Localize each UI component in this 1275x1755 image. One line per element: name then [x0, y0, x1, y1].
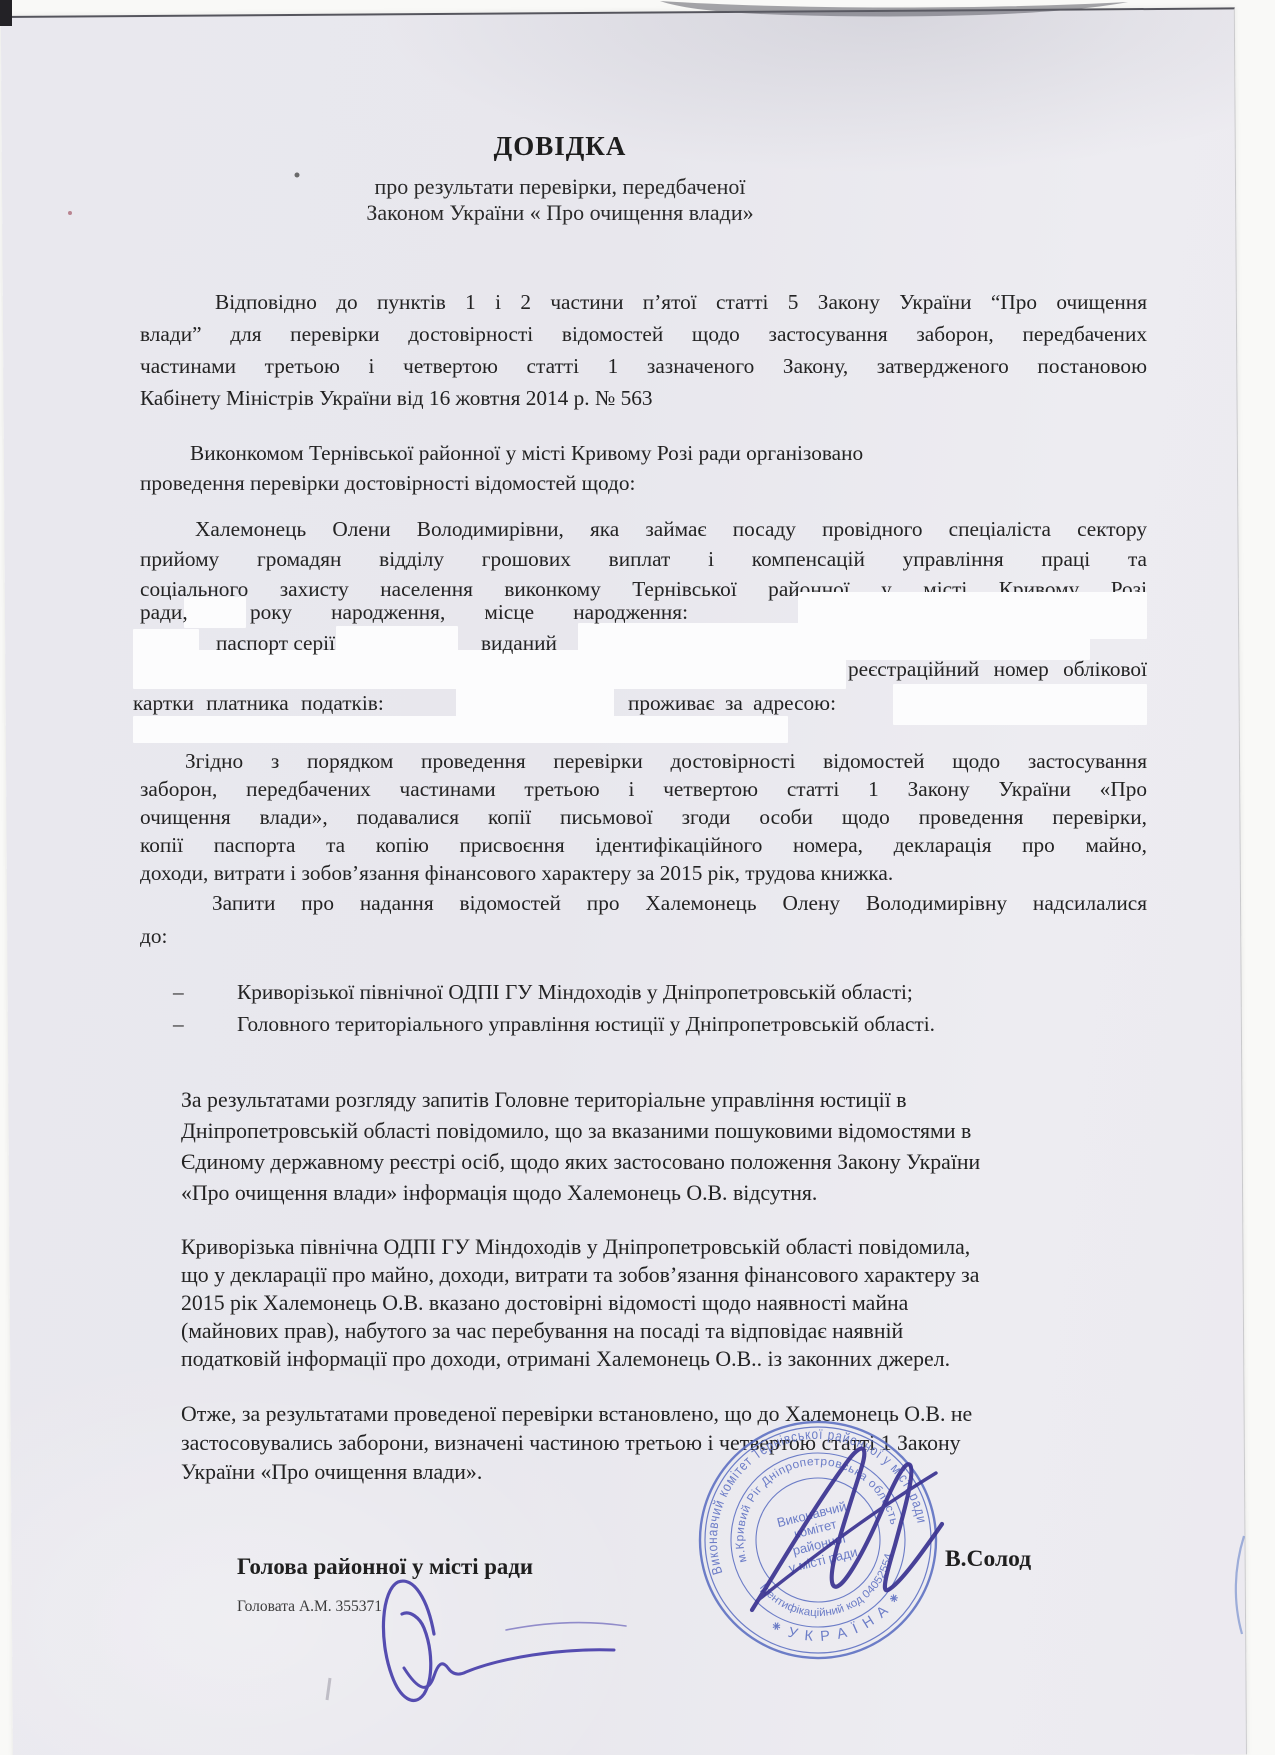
text-line: копії паспорта та копію присвоєння ідент…: [140, 831, 1147, 859]
list-item-text: Криворізької північної ОДПІ ГУ Міндоході…: [237, 980, 913, 1012]
redaction-birth-year: [184, 597, 246, 628]
list-item: – Криворізької північної ОДПІ ГУ Міндохо…: [173, 980, 935, 1012]
request-recipients-list: – Криворізької північної ОДПІ ГУ Міндохо…: [173, 980, 935, 1044]
text-line: прийому громадян відділу грошових виплат…: [140, 544, 1147, 574]
text-line: Халемонець Олени Володимирівни, яка займ…: [140, 514, 1147, 544]
dash-bullet-icon: –: [173, 980, 237, 1012]
reference-note: Головата А.М. 355371: [237, 1598, 382, 1616]
text-line: доходи, витрати і зобов’язання фінансово…: [140, 859, 1147, 887]
text-line: частинами третьою і четвертою статті 1 з…: [140, 350, 1147, 382]
birth-labels-text: року народження, місце народження:: [250, 600, 688, 625]
text-line: Отже, за результатами проведеної перевір…: [181, 1400, 1147, 1429]
text-line: очищення влади», подавалися копії письмо…: [140, 803, 1147, 831]
text-line: 2015 рік Халемонець О.В. вказано достові…: [181, 1289, 1147, 1317]
signer-name: В.Солод: [945, 1546, 1031, 1573]
paragraph-requests-intro: Запити про надання відомостей про Халемо…: [140, 887, 1147, 953]
document-subtitle-2: Законом України « Про очищення влади»: [140, 200, 980, 226]
paragraph-justice-result: За результатами розгляду запитів Головне…: [181, 1085, 1147, 1209]
text-line: Відповідно до пунктів 1 і 2 частини п’ят…: [140, 286, 1147, 318]
paragraph-organizer: Виконкомом Тернівської районної у місті …: [140, 438, 1147, 498]
registration-number-label: реєстраційний номер облікової: [848, 657, 1147, 682]
address-label: проживає за адресою:: [628, 691, 836, 716]
list-item-text: Головного територіального управління юст…: [237, 1012, 935, 1044]
text-line: Запити про надання відомостей про Халемо…: [140, 887, 1147, 920]
text-line: України «Про очищення влади».: [181, 1458, 1147, 1487]
list-item: – Головного територіального управління ю…: [173, 1012, 935, 1044]
document-subtitle-1: про результати перевірки, передбаченої: [140, 174, 980, 200]
rada-prefix-text: ради,: [140, 600, 188, 625]
tax-card-label: картки платника податків:: [133, 691, 384, 716]
text-line: застосовувались заборони, визначені част…: [181, 1429, 1147, 1458]
text-line: За результатами розгляду запитів Головне…: [181, 1085, 1147, 1116]
text-line: до:: [140, 920, 1147, 953]
paragraph-tax-result: Криворізька північна ОДПІ ГУ Міндоходів …: [181, 1233, 1147, 1373]
paragraph-subject-person: Халемонець Олени Володимирівни, яка займ…: [140, 514, 1147, 604]
redaction-address: [893, 684, 1147, 725]
paragraph-legal-basis: Відповідно до пунктів 1 і 2 частини п’ят…: [140, 286, 1147, 414]
text-line: податковій інформації про доходи, отрима…: [181, 1345, 1147, 1373]
issued-label-text: виданий: [481, 631, 557, 656]
text-line: Криворізька північна ОДПІ ГУ Міндоходів …: [181, 1233, 1147, 1261]
signer-position-title: Голова районної у місті ради: [237, 1554, 533, 1580]
text-line: Дніпропетровській області повідомило, що…: [181, 1116, 1147, 1147]
passport-label-text: паспорт серії: [216, 631, 335, 656]
text-line: заборон, передбачених частинами третьою …: [140, 775, 1147, 803]
document-header: ДОВІДКА про результати перевірки, передб…: [140, 131, 980, 226]
redaction-address-continued: [133, 716, 788, 743]
page-title: ДОВІДКА: [140, 131, 980, 162]
text-line: що у декларації про майно, доходи, витра…: [181, 1261, 1147, 1289]
certificate-document: ДОВІДКА про результати перевірки, передб…: [0, 0, 1275, 1755]
text-line: проведення перевірки достовірності відом…: [140, 468, 1147, 498]
text-line: Згідно з порядком проведення перевірки д…: [140, 747, 1147, 775]
paragraph-procedure: Згідно з порядком проведення перевірки д…: [140, 747, 1147, 887]
text-line: влади” для перевірки достовірності відом…: [140, 318, 1147, 350]
text-line: (майнових прав), набутого за час перебув…: [181, 1317, 1147, 1345]
dash-bullet-icon: –: [173, 1012, 237, 1044]
text-line: Єдиному державному реєстрі осіб, щодо як…: [181, 1147, 1147, 1178]
paragraph-conclusion: Отже, за результатами проведеної перевір…: [181, 1400, 1147, 1487]
text-line: Кабінету Міністрів України від 16 жовтня…: [140, 382, 1147, 414]
redaction-tax-number: [456, 686, 614, 720]
text-line: Виконкомом Тернівської районної у місті …: [140, 438, 1147, 468]
text-line: «Про очищення влади» інформація щодо Хал…: [181, 1178, 1147, 1209]
